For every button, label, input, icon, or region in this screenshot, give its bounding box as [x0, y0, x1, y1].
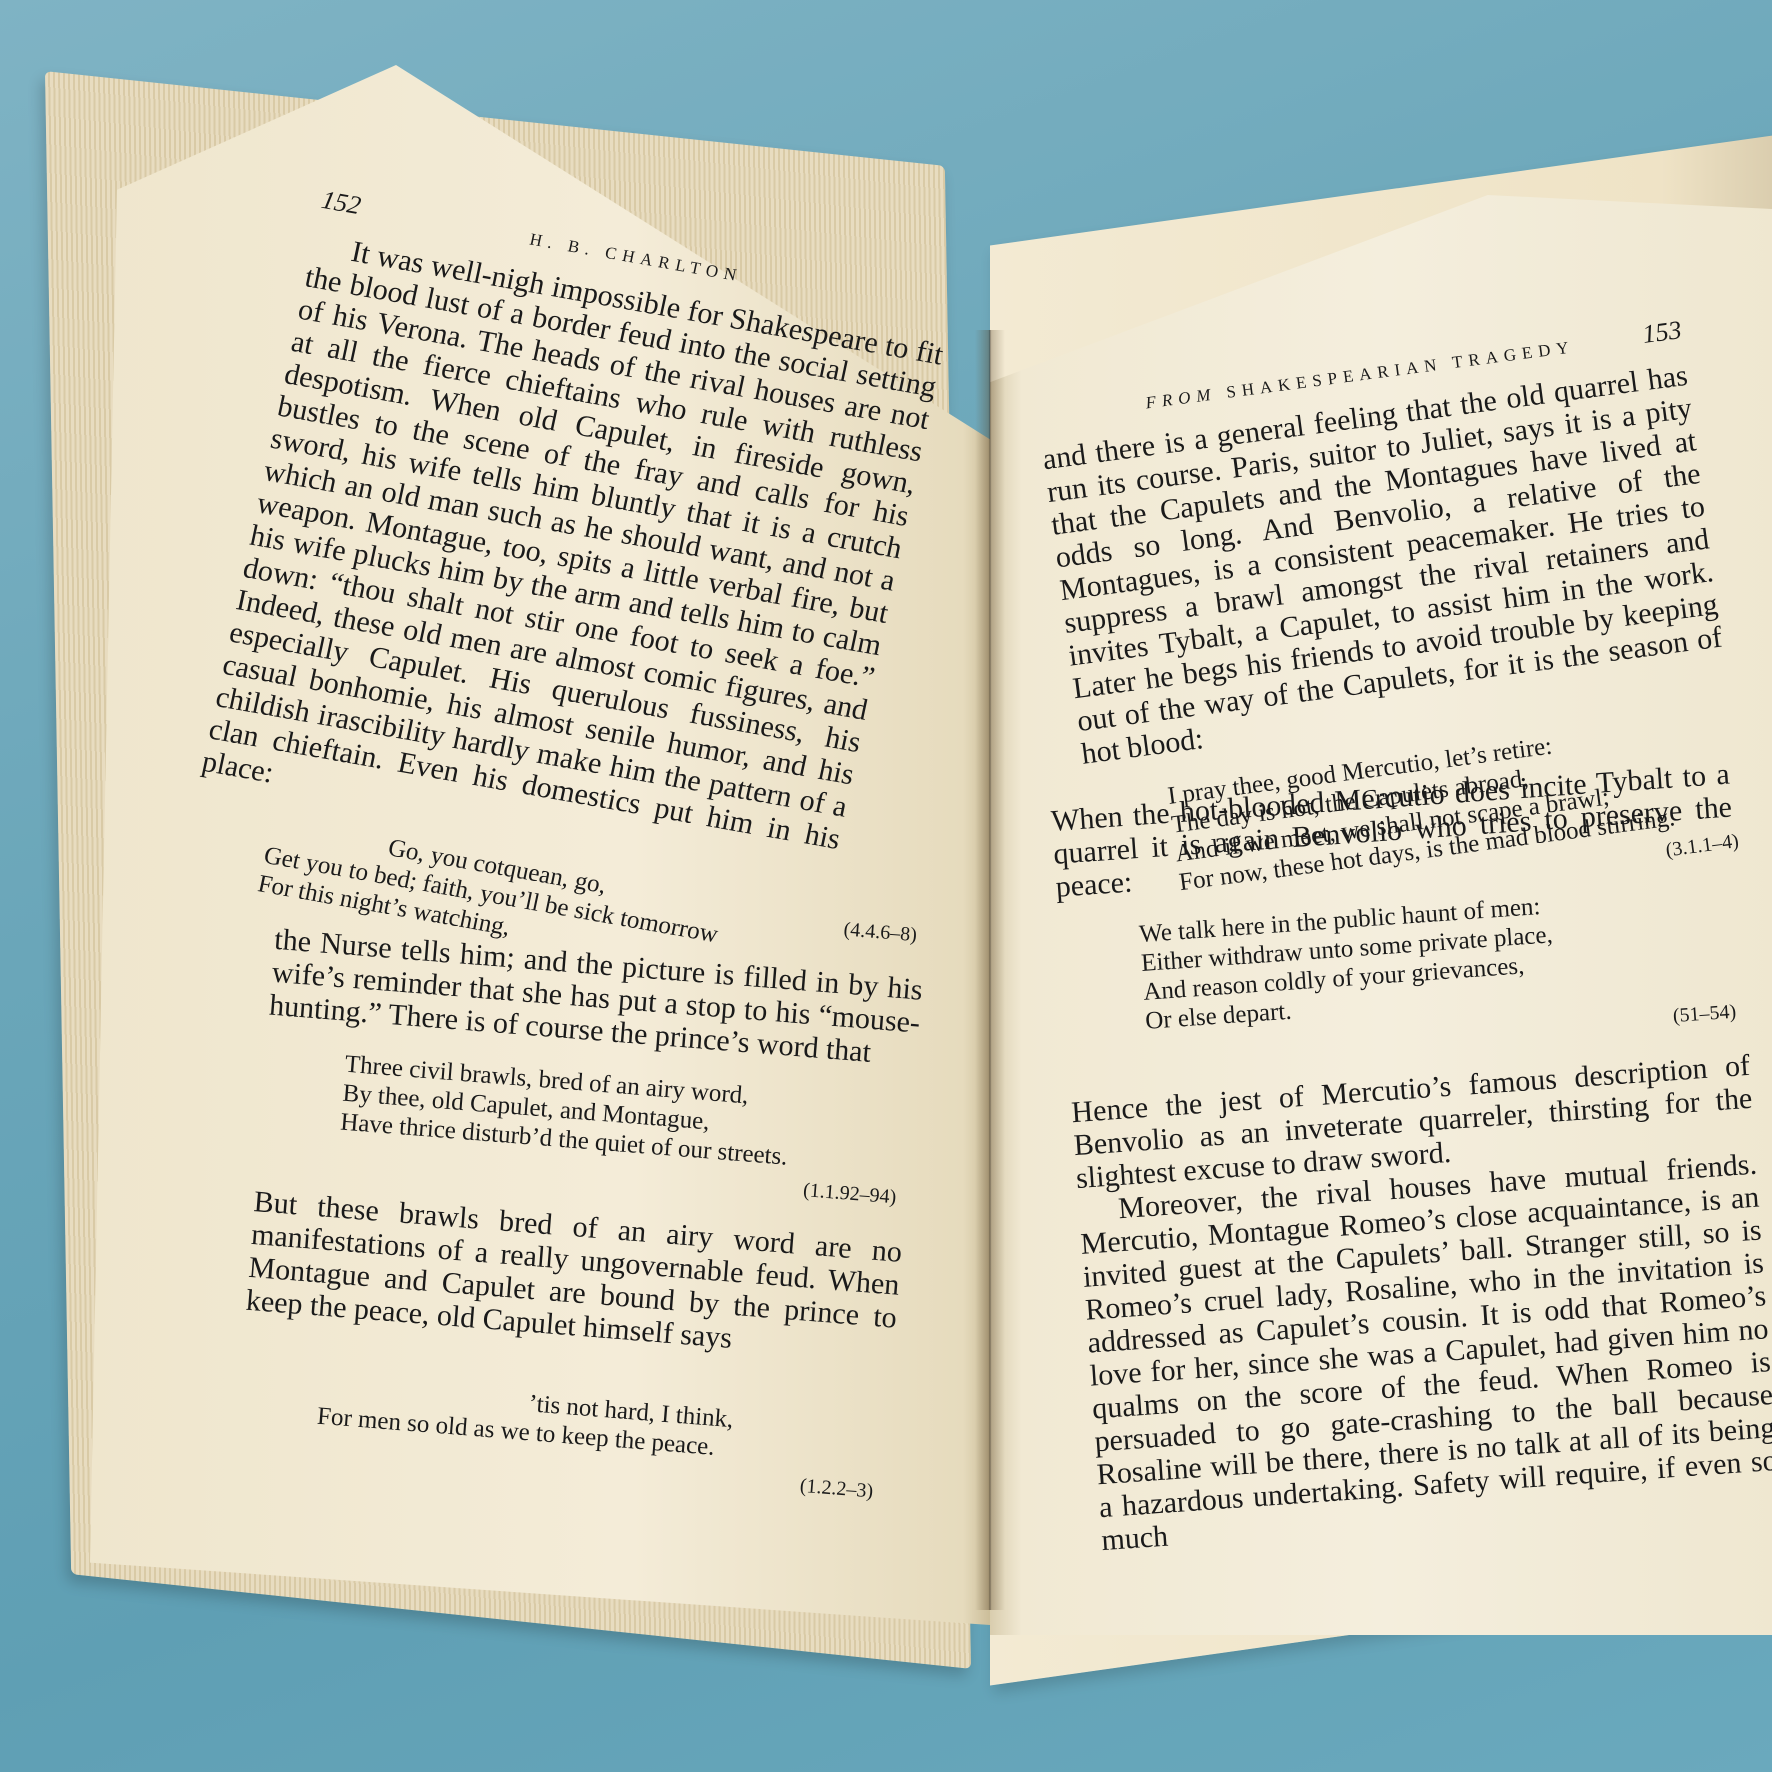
photo-scene: 152 H. B. CHARLTON It was well-nigh impo… — [0, 0, 1772, 1772]
book-gutter — [975, 330, 1005, 1610]
paragraph: It was well-nigh impossible for Shakespe… — [199, 228, 946, 888]
paragraph: But these brawls bred of an airy word ar… — [245, 1185, 903, 1368]
paragraph: and there is a general feeling that the … — [1041, 359, 1729, 771]
paragraph: the Nurse tells him; and the picture is … — [268, 923, 924, 1073]
running-head-from: FROM — [1144, 384, 1217, 412]
left-page-lower-text: (4.4.6–8) the Nurse tells him; and the p… — [232, 870, 928, 1530]
page-number-right: 153 — [1641, 315, 1684, 350]
paragraph: Moreover, the rival houses have mutual f… — [1077, 1148, 1772, 1558]
page-number-left: 152 — [319, 185, 364, 221]
right-page-lower-text: When the hot-blooded Mercutio does incit… — [1050, 758, 1772, 1558]
